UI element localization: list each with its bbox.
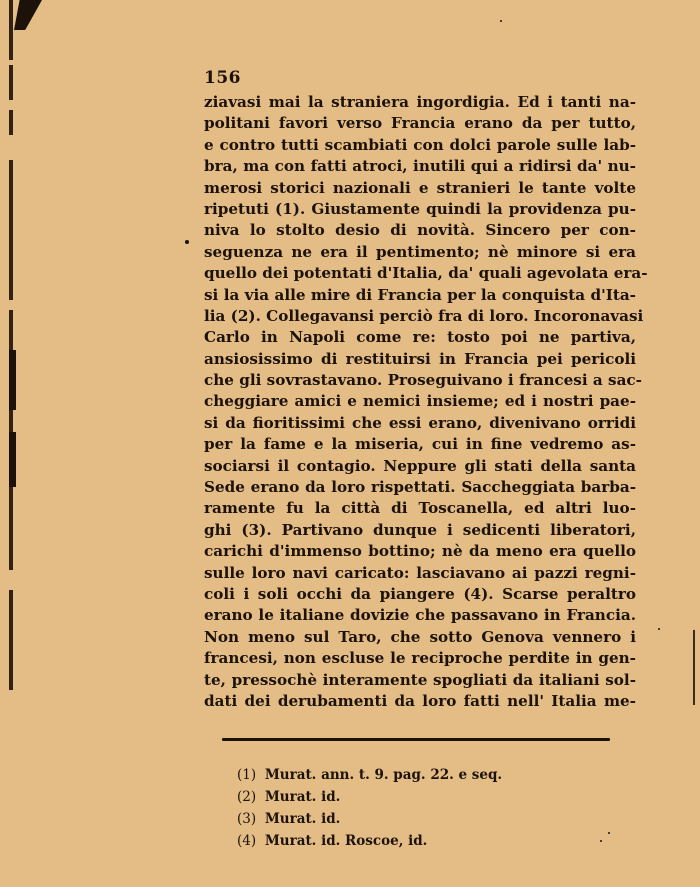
- page-edge-artifact: [693, 630, 695, 705]
- binding-edge-artifact: [9, 350, 16, 410]
- footnote: (4) Murat. id. Roscoe, id.: [237, 830, 502, 852]
- ink-speck: [185, 240, 189, 244]
- text-line: carichi d'immenso bottino; nè da meno er…: [204, 541, 636, 562]
- footnote: (2) Murat. id.: [237, 786, 502, 808]
- footnote-separator-rule: [222, 738, 610, 741]
- text-line: ripetuti (1). Giustamente quindi la prov…: [204, 199, 636, 220]
- text-line: erano le italiane dovizie che passavano …: [204, 605, 636, 626]
- text-line: merosi storici nazionali e stranieri le …: [204, 178, 636, 199]
- footnote-text: Murat. ann. t. 9. pag. 22. e seq.: [265, 767, 502, 783]
- footnote: (3) Murat. id.: [237, 808, 502, 830]
- text-line: sociarsi il contagio. Neppure gli stati …: [204, 456, 636, 477]
- text-line: Non meno sul Taro, che sotto Genova venn…: [204, 627, 636, 648]
- text-line: ansiosissimo di restituirsi in Francia p…: [204, 349, 636, 370]
- text-line: lia (2). Collegavansi perciò fra di loro…: [204, 306, 636, 327]
- text-line: ziavasi mai la straniera ingordigia. Ed …: [204, 92, 636, 113]
- text-line: Carlo in Napoli come re: tosto poi ne pa…: [204, 327, 636, 348]
- text-line: quello dei potentati d'Italia, da' quali…: [204, 263, 636, 284]
- binding-edge-artifact: [9, 432, 16, 487]
- text-line: Sede erano da loro rispettati. Saccheggi…: [204, 477, 636, 498]
- text-line: si da fioritissimi che essi erano, diven…: [204, 413, 636, 434]
- text-line: bra, ma con fatti atroci, inutili qui a …: [204, 156, 636, 177]
- text-line: te, pressochè interamente spogliati da i…: [204, 670, 636, 691]
- footnotes: (1) Murat. ann. t. 9. pag. 22. e seq. (2…: [237, 764, 502, 852]
- text-line: ramente fu la città di Toscanella, ed al…: [204, 498, 636, 519]
- text-line: si la via alle mire di Francia per la co…: [204, 285, 636, 306]
- text-line: politani favori verso Francia erano da p…: [204, 113, 636, 134]
- footnote-marker: (2): [237, 789, 256, 805]
- text-line: francesi, non escluse le reciproche perd…: [204, 648, 636, 669]
- text-line: seguenza ne era il pentimento; nè minore…: [204, 242, 636, 263]
- ink-speck: [600, 840, 602, 842]
- text-line: ghi (3). Partivano dunque i sedicenti li…: [204, 520, 636, 541]
- text-line: e contro tutti scambiati con dolci parol…: [204, 135, 636, 156]
- ink-speck: [658, 628, 660, 630]
- footnote: (1) Murat. ann. t. 9. pag. 22. e seq.: [237, 764, 502, 786]
- text-line: niva lo stolto desio di novità. Sincero …: [204, 220, 636, 241]
- page-number: 156: [204, 68, 241, 88]
- ink-speck: [500, 20, 502, 22]
- footnote-text: Murat. id.: [265, 811, 341, 827]
- text-line: per la fame e la miseria, cui in fine ve…: [204, 434, 636, 455]
- body-text: ziavasi mai la straniera ingordigia. Ed …: [204, 92, 636, 712]
- footnote-marker: (3): [237, 811, 256, 827]
- text-line: che gli sovrastavano. Proseguivano i fra…: [204, 370, 636, 391]
- text-line: sulle loro navi caricato: lasciavano ai …: [204, 563, 636, 584]
- footnote-text: Murat. id.: [265, 789, 341, 805]
- ink-speck: [608, 832, 610, 834]
- footnote-marker: (4): [237, 833, 256, 849]
- scanned-book-page: 156 ziavasi mai la straniera ingordigia.…: [0, 0, 700, 887]
- footnote-marker: (1): [237, 767, 256, 783]
- binding-edge-artifact: [14, 0, 42, 30]
- text-line: dati dei derubamenti da loro fatti nell'…: [204, 691, 636, 712]
- footnote-text: Murat. id. Roscoe, id.: [265, 833, 428, 849]
- text-line: cheggiare amici e nemici insieme; ed i n…: [204, 391, 636, 412]
- text-line: coli i soli occhi da piangere (4). Scars…: [204, 584, 636, 605]
